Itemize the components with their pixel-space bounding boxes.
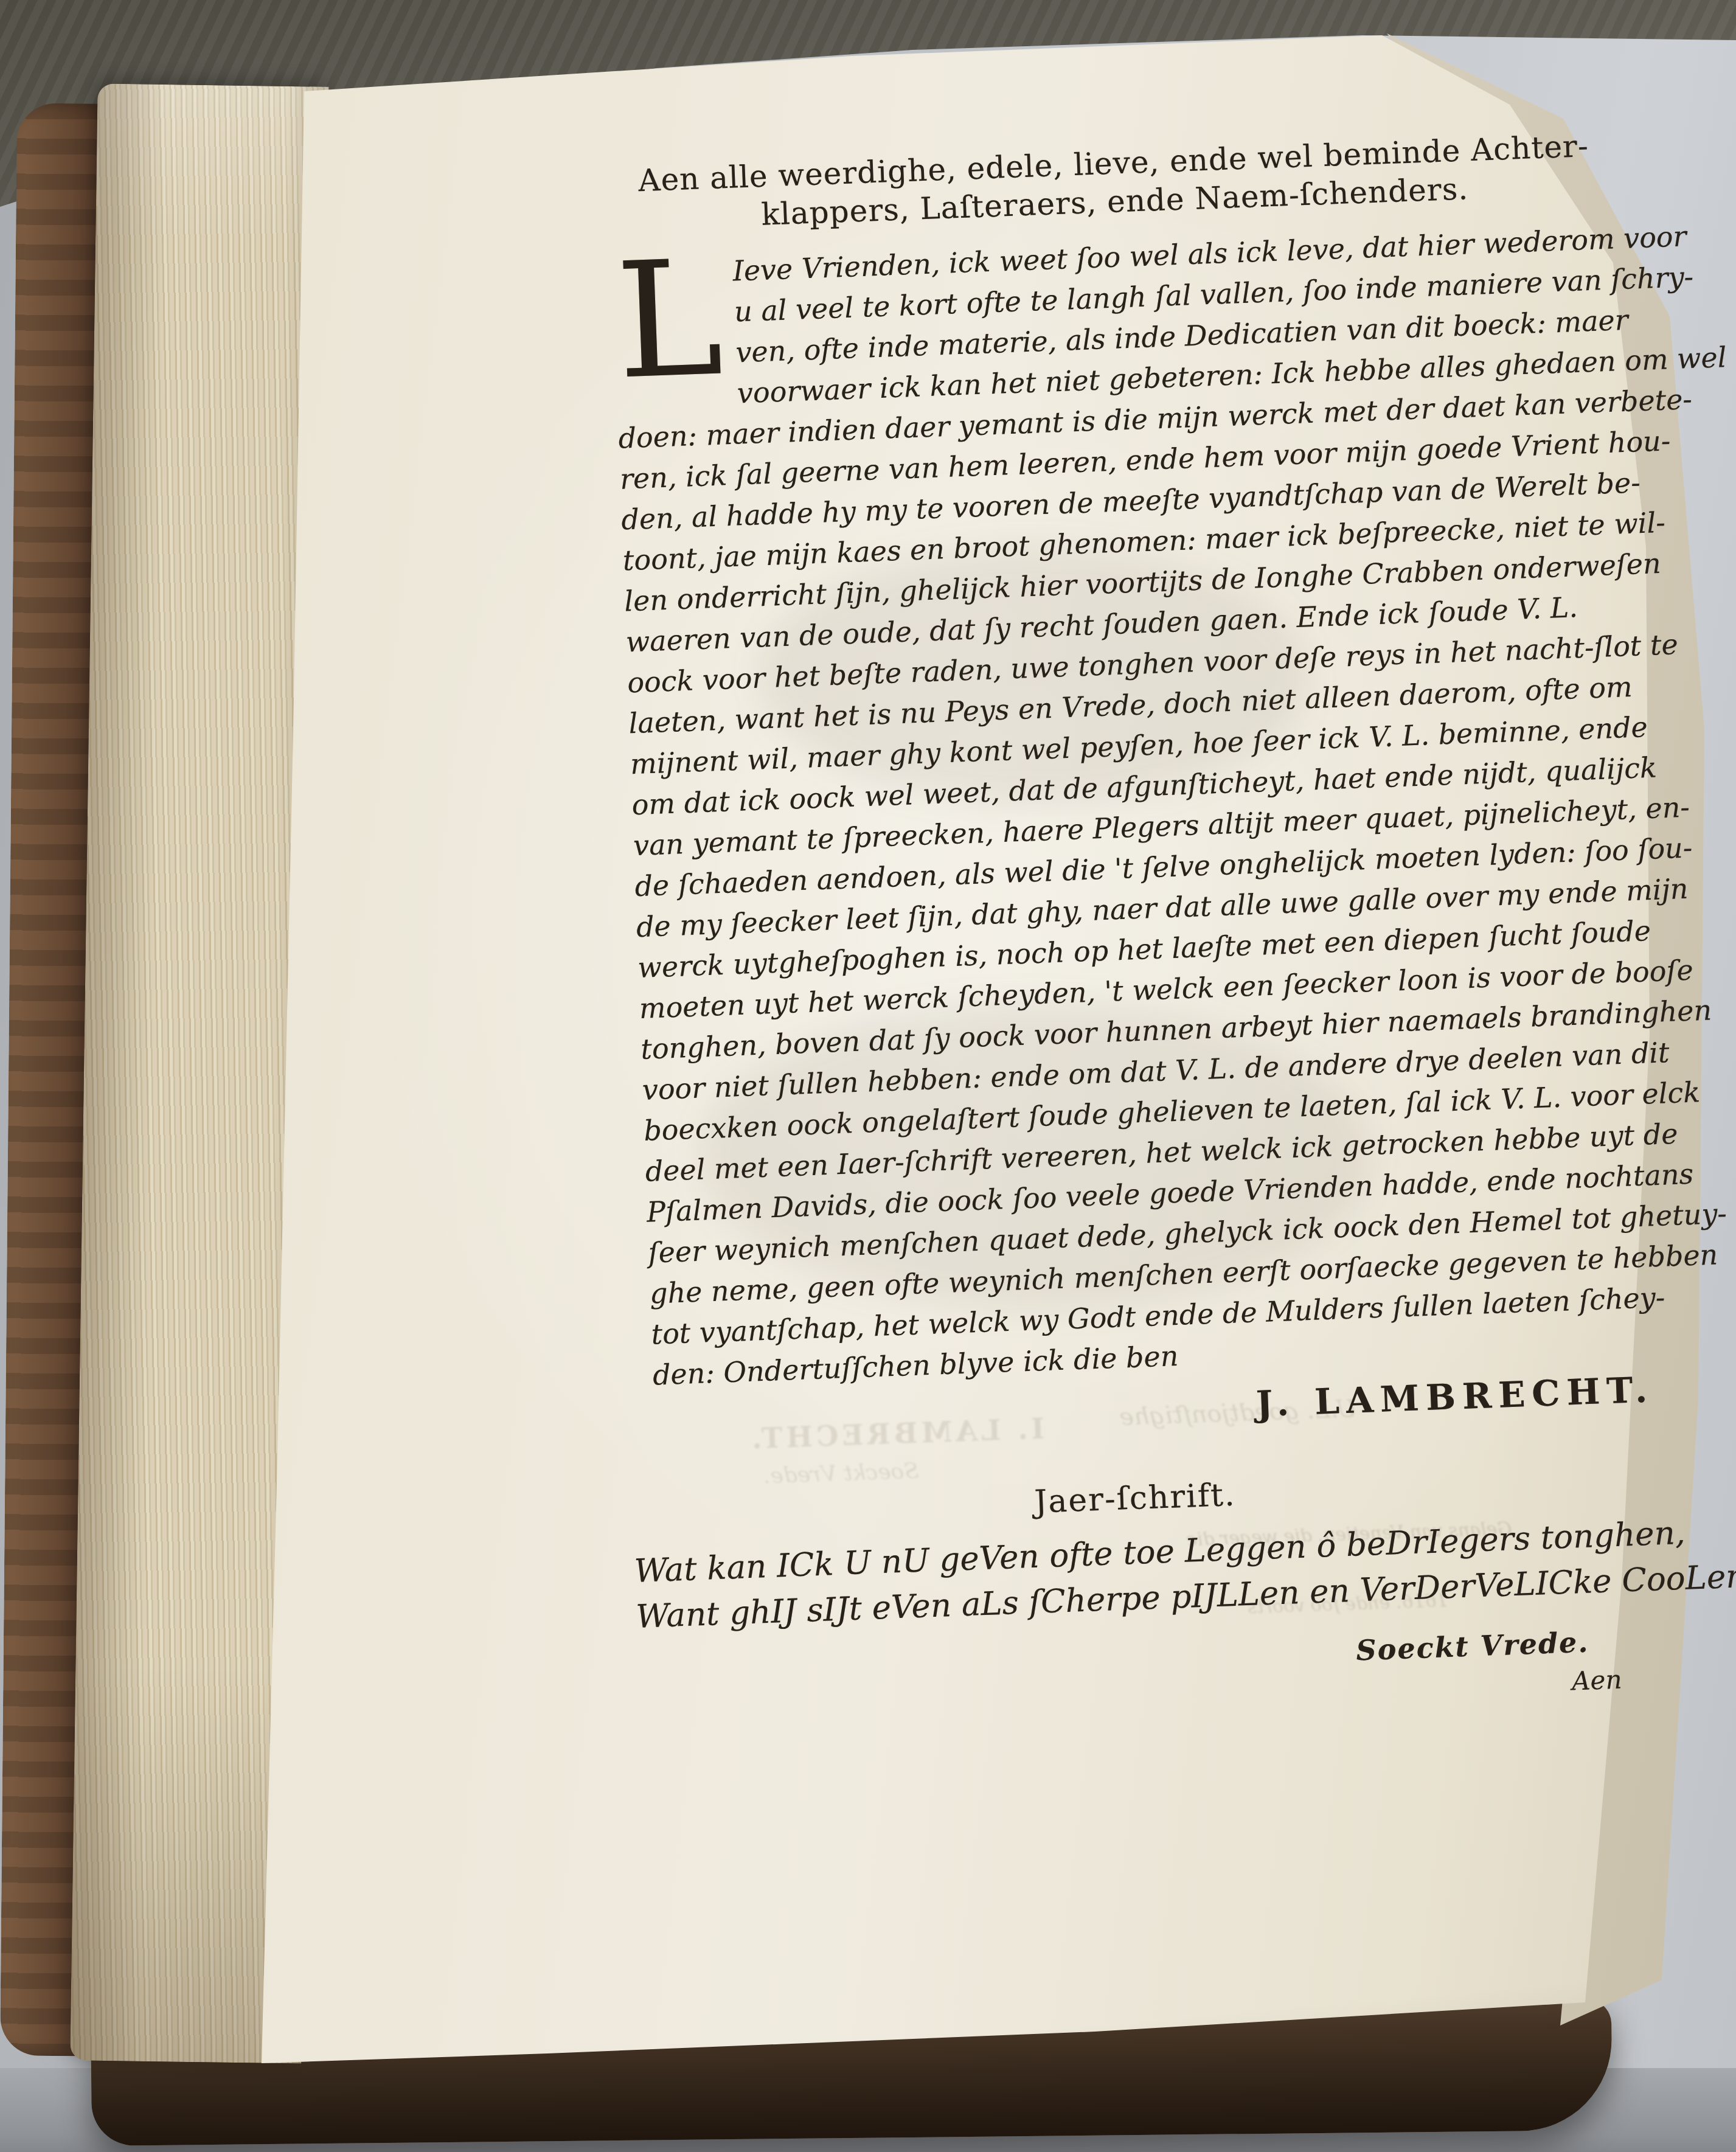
body-paragraph: L Ieve Vrienden, ick weet ſoo wel als ic… [612, 218, 1663, 1396]
drop-cap-initial: L [614, 257, 723, 381]
printed-text-block: Aen alle weerdighe, edele, lieve, ende w… [608, 126, 1675, 1729]
book-photo: U.L. goedtjonſtighe I. LAMBRECHT. Soeckt… [0, 0, 1736, 2152]
chronogram: Wat kan ICk U nU geVen ofte toe Leggen ô… [634, 1511, 1672, 1640]
